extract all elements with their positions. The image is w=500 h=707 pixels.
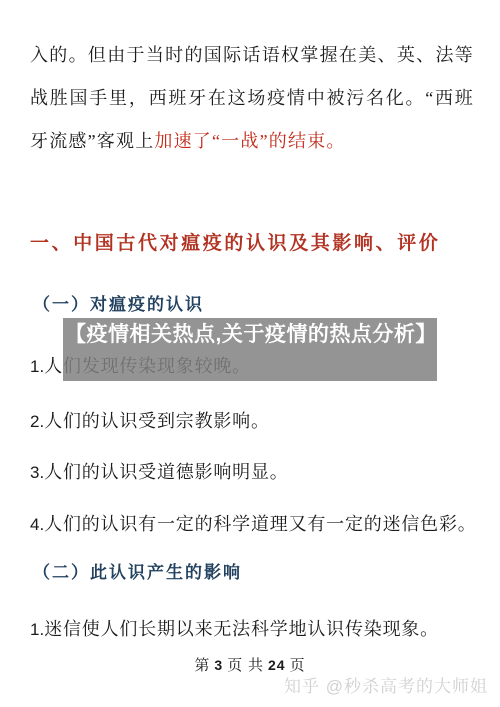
list-item: 2.人们的认识受到宗教影响。 [30, 407, 480, 433]
intro-paragraph: 入的。但由于当时的国际话语权掌握在美、英、法等战胜国手里，西班牙在这场疫情中被污… [30, 34, 474, 163]
footer-middle: 页 共 [227, 658, 264, 674]
overlay-watermark: 【疫情相关热点,关于疫情的热点分析】 [63, 318, 437, 381]
footer-prefix: 第 [194, 658, 210, 674]
list-item-text: 人们的认识受到宗教影响。 [44, 411, 270, 431]
section1-heading: （一）对瘟疫的认识 [33, 290, 204, 315]
total-page-number: 24 [268, 657, 286, 673]
list-item-text: 人们的认识有一定的科学道理又有一定的迷信色彩。 [44, 514, 476, 534]
main-heading: 一、中国古代对瘟疫的认识及其影响、评价 [30, 228, 480, 255]
list-item: 3.人们的认识受道德影响明显。 [30, 458, 480, 484]
section2-heading: （二）此认识产生的影响 [33, 558, 242, 583]
corner-watermark: 知乎 @秒杀高考的大师姐 [284, 672, 488, 697]
intro-highlight-red: 加速了“一战”的结束。 [154, 131, 345, 151]
list-item-number: 2. [30, 412, 44, 431]
list-item: 4.人们的认识有一定的科学道理又有一定的迷信色彩。 [30, 510, 480, 536]
list-item-text: 迷信使人们长期以来无法科学地认识传染现象。 [44, 619, 439, 639]
list-item-text: 人们的认识受道德影响明显。 [44, 462, 288, 482]
current-page-number: 3 [214, 657, 223, 673]
list-item-number: 4. [30, 515, 44, 534]
list-item-number: 1. [30, 620, 44, 639]
list-item: 1.迷信使人们长期以来无法科学地认识传染现象。 [30, 615, 480, 641]
document-page: 入的。但由于当时的国际话语权掌握在美、英、法等战胜国手里，西班牙在这场疫情中被污… [0, 0, 500, 707]
list-item-number: 1. [30, 357, 44, 376]
list-item-number: 3. [30, 463, 44, 482]
